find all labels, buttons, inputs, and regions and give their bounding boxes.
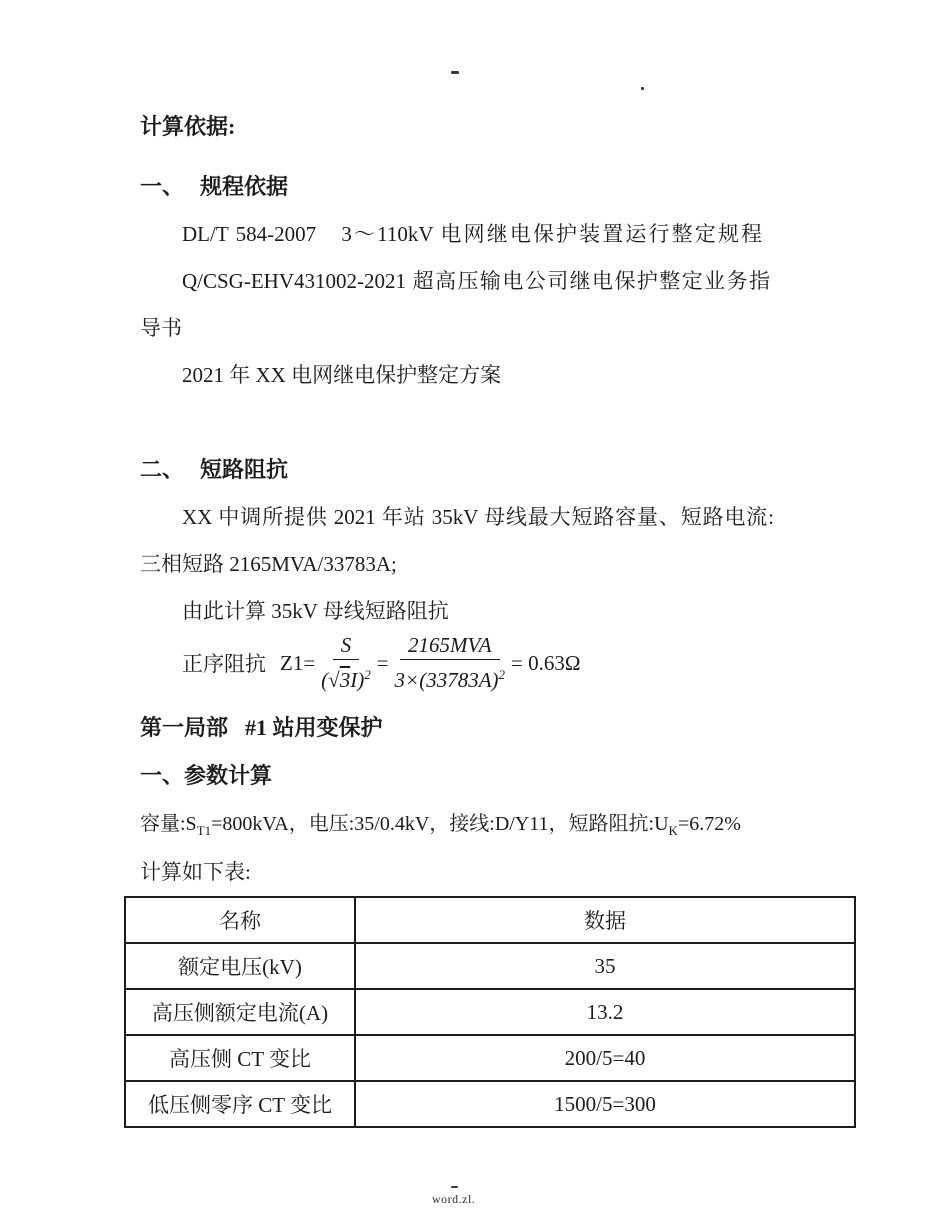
- regulation-line-2: Q/CSG-EHV431002-2021 超高压输电公司继电保护整定业务指: [182, 267, 770, 295]
- section1-title: 规程依据: [200, 174, 288, 199]
- short-circuit-line-3: 由此计算 35kV 母线短路阻抗: [182, 597, 449, 625]
- impedance-formula: 正序阻抗 Z1= S (√3I)2 = 2165MVA 3×(33783A)2 …: [182, 633, 581, 693]
- row-value: 200/5=40: [355, 1035, 855, 1081]
- stray-dash-bottom: [451, 1186, 458, 1188]
- stray-dash-top: [451, 71, 459, 74]
- table-intro: 计算如下表:: [140, 858, 251, 886]
- param-end: =6.72%: [678, 813, 741, 835]
- stray-dot-top: [641, 87, 644, 90]
- section2-title: 短路阻抗: [200, 457, 288, 482]
- fraction1-den-radicand: 3: [340, 668, 351, 692]
- fraction1-den-open: (√: [321, 668, 340, 692]
- part1-title: #1 站用变保护: [245, 715, 383, 740]
- fraction1-numerator: S: [333, 634, 360, 660]
- fraction1-denominator: (√3I)2: [321, 660, 371, 692]
- section1-number: 一、: [140, 174, 184, 199]
- regulation-line-3: 2021 年 XX 电网继电保护整定方案: [182, 361, 501, 389]
- param-middle: =800kVA，电压:35/0.4kV，接线:D/Y11，短路阻抗:U: [211, 813, 668, 835]
- short-circuit-line-2: 三相短路 2165MVA/33783A;: [140, 550, 397, 578]
- fraction2-exponent: 2: [499, 667, 506, 682]
- table-row: 高压侧额定电流(A) 13.2: [125, 989, 855, 1035]
- section2-heading: 二、短路阻抗: [140, 456, 288, 484]
- formula-lhs: Z1=: [280, 651, 315, 676]
- row-value: 1500/5=300: [355, 1081, 855, 1127]
- fraction1-exponent: 2: [364, 667, 371, 682]
- row-label: 高压侧 CT 变比: [125, 1035, 355, 1081]
- param-sub-k: K: [669, 823, 678, 838]
- fraction1-den-close: I): [350, 668, 364, 692]
- formula-fraction-1: S (√3I)2: [321, 634, 371, 692]
- part1-number: 第一局部: [140, 715, 228, 740]
- row-value: 13.2: [355, 989, 855, 1035]
- section3-heading: 一、参数计算: [140, 762, 272, 790]
- document-page: { "doc": { "title": "计算依据:", "sec1": { "…: [0, 0, 950, 1208]
- fraction2-den-base: 3×(33783A): [395, 668, 499, 692]
- formula-equals: =: [377, 651, 389, 676]
- row-label: 高压侧额定电流(A): [125, 989, 355, 1035]
- param-capacity: 容量:S: [140, 813, 197, 835]
- table-row: 额定电压(kV) 35: [125, 943, 855, 989]
- parameter-line: 容量:ST1=800kVA，电压:35/0.4kV，接线:D/Y11，短路阻抗:…: [140, 810, 780, 845]
- header-name: 名称: [125, 897, 355, 943]
- row-label: 额定电压(kV): [125, 943, 355, 989]
- formula-fraction-2: 2165MVA 3×(33783A)2: [395, 634, 506, 692]
- table-row: 高压侧 CT 变比 200/5=40: [125, 1035, 855, 1081]
- section1-heading: 一、规程依据: [140, 173, 288, 201]
- footer-watermark: word.zl.: [432, 1192, 475, 1207]
- row-value: 35: [355, 943, 855, 989]
- regulation-line-1: DL/T 584-2007 3～110kV 电网继电保护装置运行整定规程: [182, 220, 762, 248]
- regulation-line-2-cont: 导书: [140, 314, 182, 342]
- formula-result: = 0.63Ω: [511, 651, 580, 676]
- part1-heading: 第一局部#1 站用变保护: [140, 714, 383, 742]
- fraction2-denominator: 3×(33783A)2: [395, 660, 506, 692]
- formula-label: 正序阻抗: [182, 648, 266, 678]
- header-data: 数据: [355, 897, 855, 943]
- fraction2-numerator: 2165MVA: [400, 634, 500, 660]
- short-circuit-line-1: XX 中调所提供 2021 年站 35kV 母线最大短路容量、短路电流:: [182, 503, 774, 531]
- param-sub-t1: T1: [197, 823, 211, 838]
- parameter-table: 名称 数据 额定电压(kV) 35 高压侧额定电流(A) 13.2 高压侧 CT…: [124, 896, 856, 1128]
- table-header-row: 名称 数据: [125, 897, 855, 943]
- row-label: 低压侧零序 CT 变比: [125, 1081, 355, 1127]
- table-row: 低压侧零序 CT 变比 1500/5=300: [125, 1081, 855, 1127]
- doc-title: 计算依据:: [140, 113, 235, 141]
- section2-number: 二、: [140, 457, 184, 482]
